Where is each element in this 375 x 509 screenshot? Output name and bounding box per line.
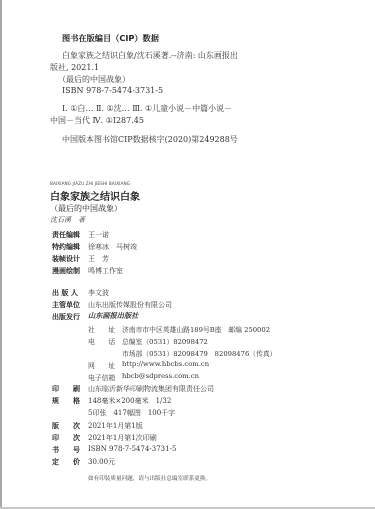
book-title: 白象家族之结识白象 <box>50 188 140 203</box>
edition-value: 2021年1月第1版 <box>88 421 143 431</box>
printer-label: 印 刷 <box>52 384 80 394</box>
cip-line-4: ISBN 978-7-5474-3731-5 <box>62 86 163 95</box>
book-series: （最后的中国战象） <box>50 203 122 214</box>
price-label: 定 价 <box>52 457 80 467</box>
format-value: 148毫米×200毫米 1/32 <box>88 396 171 406</box>
cip-heading: 图书在版编目（CIP）数据 <box>62 33 159 44</box>
printing-label: 印 次 <box>52 433 80 443</box>
publisher-label: 出 版 人 <box>52 288 78 298</box>
isbn-label: 书 号 <box>52 445 80 455</box>
cip-line-1: 白象家族之结识白象/沈石溪著.--济南: 山东画报出 <box>62 50 238 61</box>
website-label: 网 址 <box>88 360 115 370</box>
credit-label-design: 装帧设计 <box>52 254 80 264</box>
format-value-2: 5印张 417幅图 100千字 <box>88 408 175 418</box>
format-label: 规 格 <box>52 396 80 406</box>
phone-label: 电 话 <box>88 336 115 346</box>
phone-value-editorial: 总编室（0531）82098472 <box>122 336 208 346</box>
printer-value: 山东临沂新华印刷物流集团有限责任公司 <box>88 384 214 394</box>
cip-line-3: （最后的中国战象） <box>58 74 130 85</box>
edition-label: 版 次 <box>52 421 80 431</box>
book-author: 沈石溪 著 <box>50 215 85 225</box>
price-value: 30.00元 <box>88 457 115 467</box>
book-pinyin: BAIXIANG JIAZU ZHI JIESHI BAIXIANG <box>50 181 130 186</box>
printing-value: 2021年1月第1次印刷 <box>88 433 157 443</box>
email-label: 电子信箱 <box>88 372 115 382</box>
credit-label-editor: 责任编辑 <box>52 230 80 240</box>
credit-label-special-editor: 特约编辑 <box>52 242 80 252</box>
address-value: 济南市市中区英雄山路189号B座 邮编 250002 <box>122 324 270 334</box>
cip-line-6: 中国－当代 Ⅳ. ①I287.45 <box>50 115 144 126</box>
credit-value-special-editor: 徐寒冰 马树竣 <box>88 242 137 252</box>
email-link[interactable]: hbcb@sdpress.com.cn <box>122 372 199 380</box>
phone-value-marketing: 市场部（0531）82098479 82098476（传真） <box>122 348 276 358</box>
cip-line-5: Ⅰ. ①白… Ⅱ. ①沈… Ⅲ. ①儿童小说－中篇小说－ <box>62 103 232 114</box>
cip-verification: 中国版本图书馆CIP数据核字(2020)第249288号 <box>62 134 238 145</box>
quality-notice: 如有印装质量问题，请与出版社总编室联系更换。 <box>88 474 211 482</box>
supervisor-value: 山东出版传媒股份有限公司 <box>88 300 172 310</box>
address-label: 社 址 <box>88 324 115 334</box>
website-link[interactable]: http://www.hbcbs.com.cn <box>122 360 209 368</box>
cip-line-2: 版社, 2021.1 <box>50 62 99 73</box>
page-left-edge <box>0 0 2 509</box>
issuer-logo-text: 山东画报出版社 <box>88 311 138 321</box>
credit-label-illustration: 漫画绘制 <box>52 266 80 276</box>
credit-value-design: 王 芳 <box>88 254 109 264</box>
credit-value-editor: 王一诺 <box>88 230 109 240</box>
issuer-label: 出版发行 <box>52 312 80 322</box>
credit-value-illustration: 鸣博工作室 <box>88 266 123 276</box>
publisher-value: 李文波 <box>88 288 109 298</box>
isbn-value: ISBN 978-7-5474-3731-5 <box>88 445 176 453</box>
supervisor-label: 主管单位 <box>52 300 80 310</box>
